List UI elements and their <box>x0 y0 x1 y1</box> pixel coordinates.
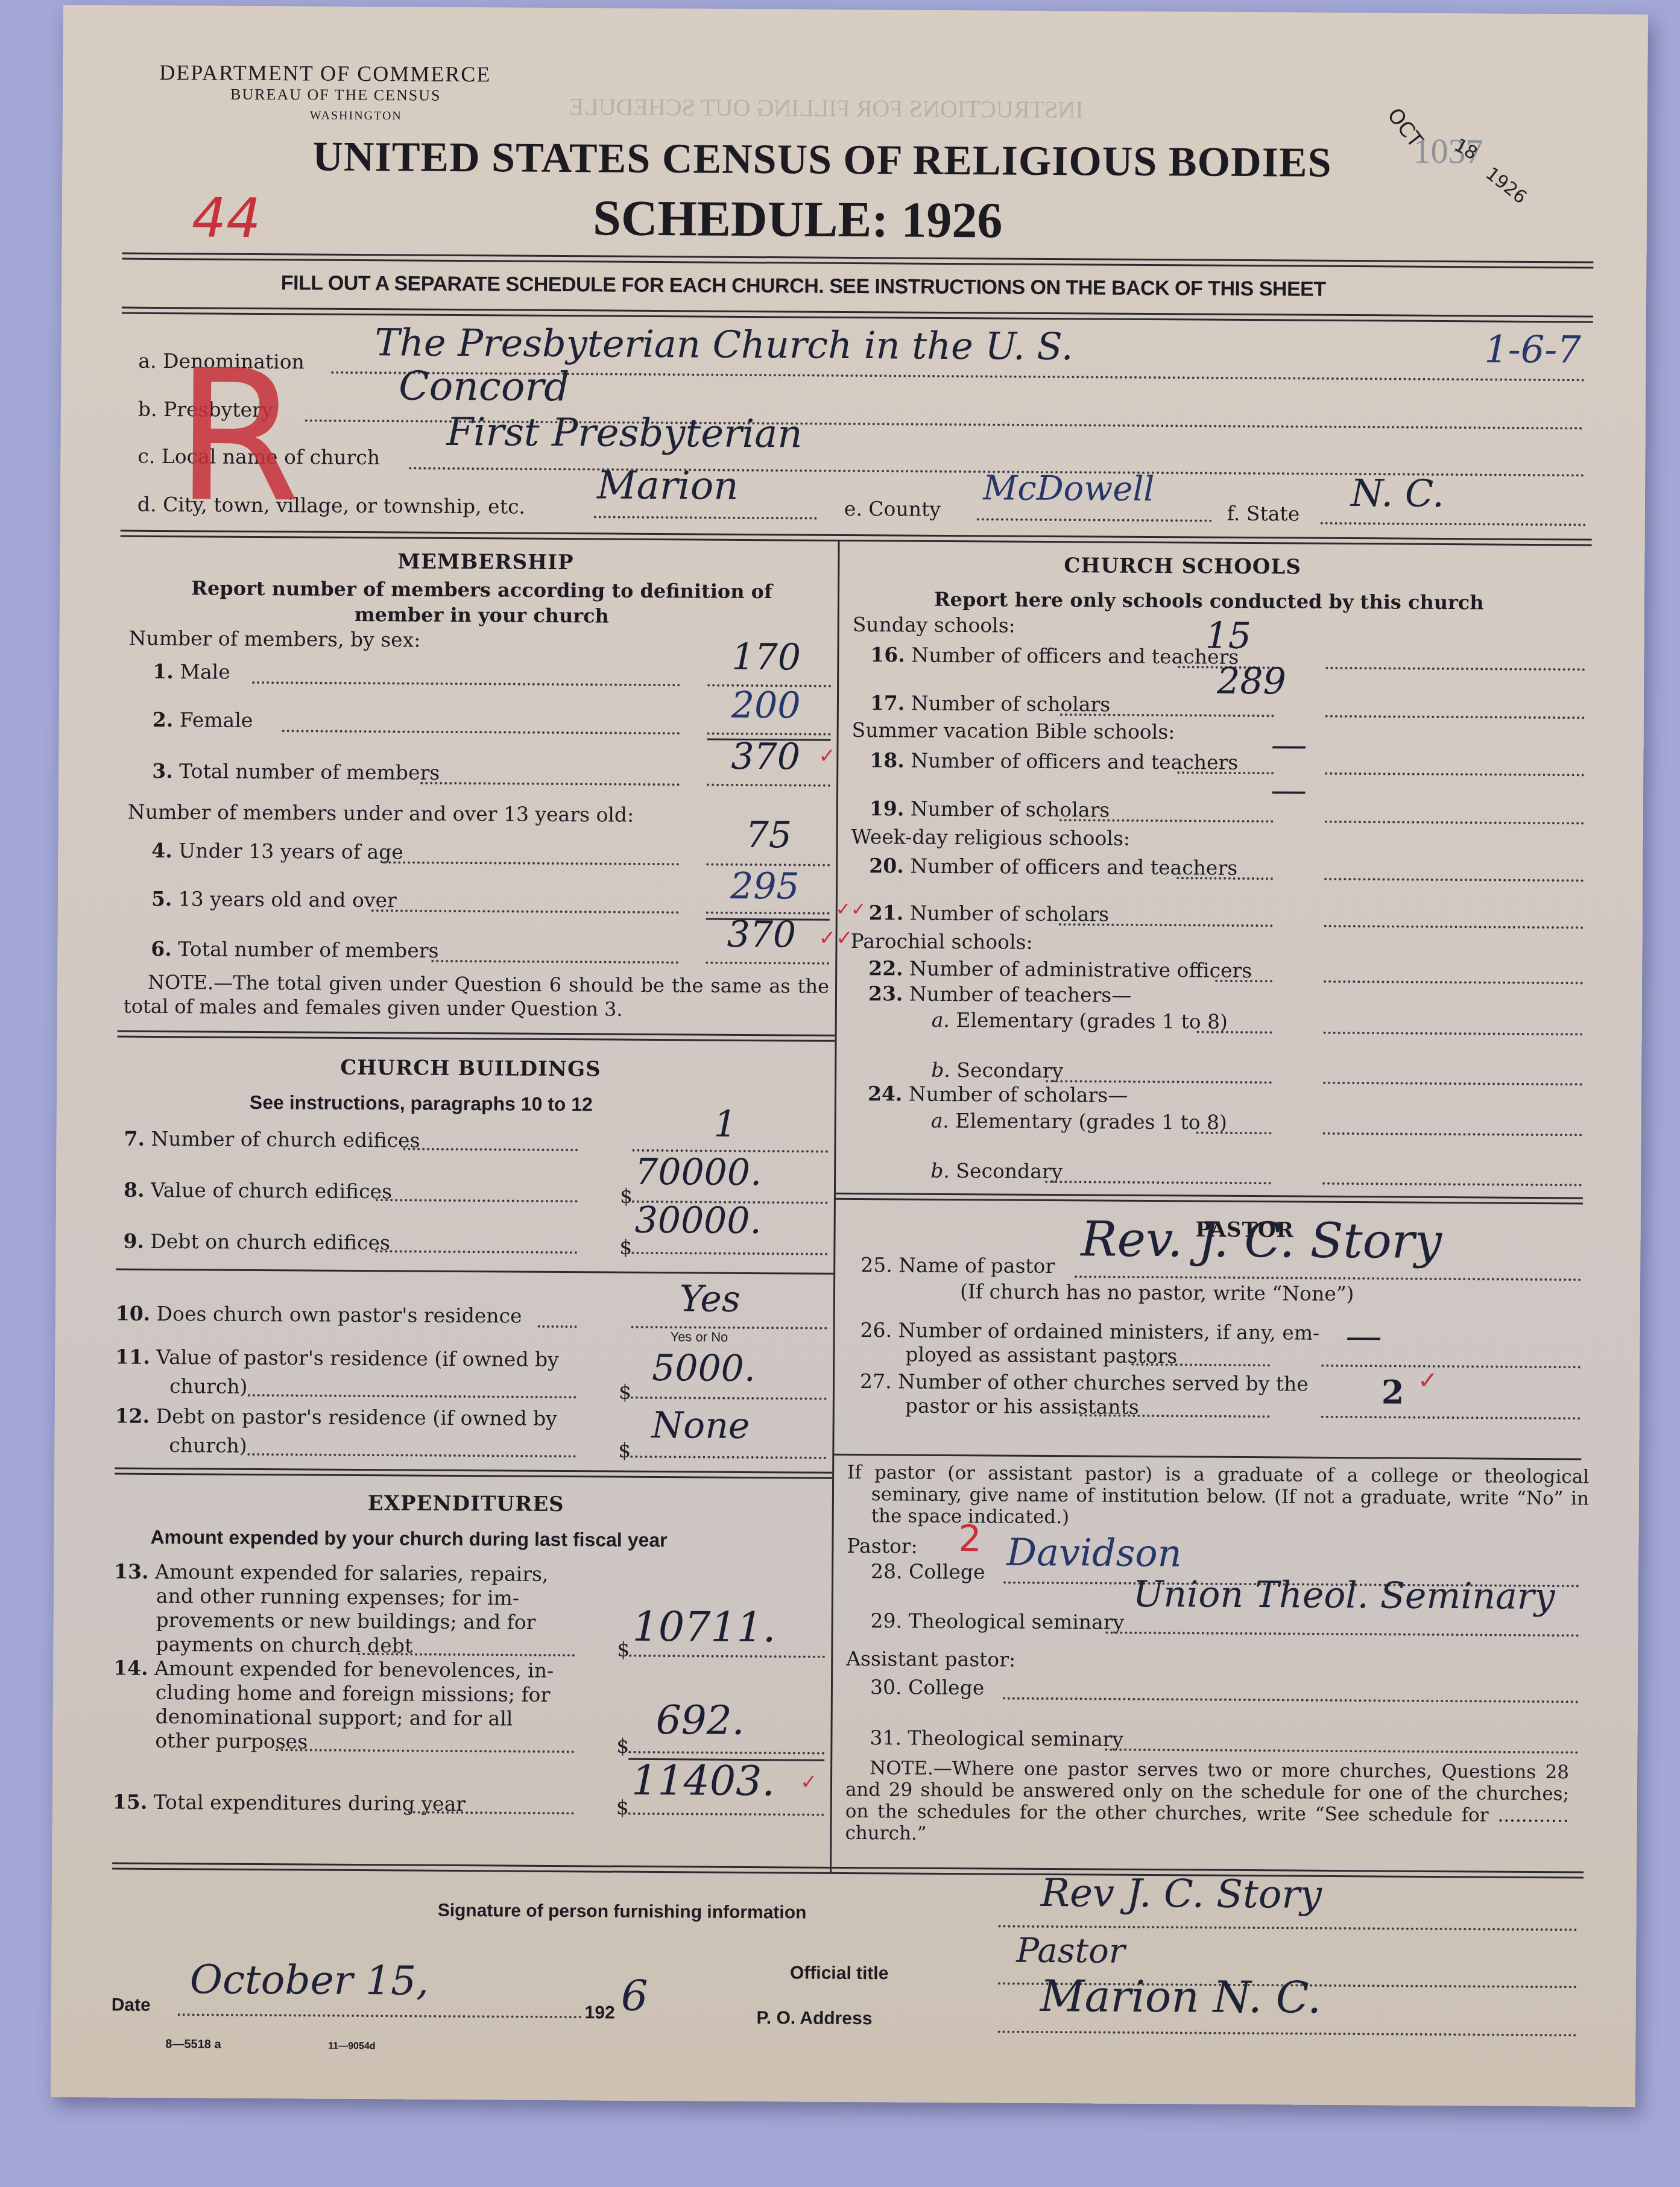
leader-line <box>1059 923 1273 927</box>
pastor-name-hint: (If church has no pastor, write “None”) <box>960 1280 1354 1305</box>
county-label: e. County <box>844 497 941 521</box>
assistant-college-field[interactable] <box>1003 1697 1579 1703</box>
answer-line <box>1321 1365 1581 1369</box>
item-label: Secondary <box>956 1058 1063 1082</box>
answer-line <box>1325 667 1585 671</box>
city-line <box>594 516 817 519</box>
edifices-debt-field[interactable]: 30000. <box>634 1199 761 1242</box>
item-number: 12. <box>115 1404 150 1428</box>
by-sex-label: Number of members, by sex: <box>128 626 420 652</box>
banner-bottom-rule <box>122 307 1593 323</box>
answer-line[interactable] <box>1323 1132 1582 1137</box>
pastor-item-30: 30. College <box>63 5 1648 14</box>
signature-line <box>999 1925 1577 1931</box>
answer-line <box>1325 772 1584 777</box>
item-number: 18. <box>870 748 905 772</box>
item-number: 9. <box>123 1229 144 1253</box>
yes-no-hint: Yes or No <box>670 1329 728 1345</box>
answer-line[interactable] <box>1322 1182 1582 1187</box>
item-number: 17. <box>870 691 905 715</box>
item-label: Elementary (grades 1 to 8) <box>956 1008 1228 1034</box>
answer-line <box>1325 715 1585 719</box>
leader-line <box>1060 713 1274 717</box>
female-count-field[interactable]: 200 <box>731 684 801 727</box>
item-number: 19. <box>870 797 905 820</box>
dollar-sign: $ <box>619 1236 632 1259</box>
school-item-23a: a. Elementary (grades 1 to 8) <box>63 5 1648 14</box>
red-reviewer-mark: R <box>175 331 302 542</box>
answer-line <box>629 1655 825 1658</box>
red-check-icon: ✓ <box>1418 1367 1438 1395</box>
item-number: 14. <box>113 1656 148 1680</box>
red-pastor-mark: 2 <box>958 1518 982 1560</box>
13-and-over-field[interactable]: 295 <box>730 865 800 908</box>
item-label: Number of scholars <box>911 692 1111 716</box>
membership-item-total: 3. Total number of members 370 ✓ <box>63 5 1648 14</box>
pastor-mid-rule <box>833 1454 1581 1460</box>
item-number: 3. <box>152 759 173 783</box>
item-label: Male <box>180 660 230 684</box>
answer-line <box>628 1813 824 1816</box>
leader-line <box>248 1394 576 1398</box>
leader-line <box>276 1749 574 1753</box>
pastor-item-31: 31. Theological seminary <box>63 5 1648 14</box>
college-label: 28. College <box>871 1559 985 1583</box>
blue-code-annotation: 1-6-7 <box>1484 327 1581 371</box>
buildings-mid-rule <box>116 1269 833 1275</box>
membership-rule <box>118 1030 835 1042</box>
bleedthrough-heading: INSTRUCTIONS FOR FILLING OUT SCHEDULE <box>569 92 1084 124</box>
item-label: Under 13 years of age <box>178 839 403 863</box>
po-address-line <box>997 2031 1576 2037</box>
buildings-item-owns-residence: 10. Does church own pastor's residence Y… <box>63 5 1648 14</box>
column-divider <box>830 540 840 1873</box>
item-letter: b. <box>931 1058 950 1082</box>
signature-field[interactable]: Rev J. C. Story <box>1041 1871 1322 1917</box>
item-number: 2. <box>153 708 174 731</box>
item-number: 13. <box>114 1560 149 1583</box>
item-label-cont: church) <box>169 1374 248 1398</box>
edifices-count-field[interactable]: 1 <box>713 1103 737 1146</box>
washington-label: WASHINGTON <box>310 109 402 124</box>
red-tally-mark: 44 <box>192 186 261 250</box>
leader-line <box>282 730 680 734</box>
leader-line <box>384 861 679 865</box>
item-label: Value of pastor's residence (if owned by <box>156 1345 559 1371</box>
red-check-icon: ✓ <box>818 744 836 768</box>
item-label-cont: church) <box>169 1433 247 1457</box>
leader-line <box>538 1325 577 1328</box>
section-rule <box>121 530 1592 546</box>
item-label: Debt on pastor's residence (if owned by <box>156 1404 557 1430</box>
item-number: 4. <box>151 839 172 862</box>
state-line <box>1321 522 1586 526</box>
school-item-23b: b. Secondary <box>63 5 1648 14</box>
banner-top-rule <box>122 253 1593 269</box>
county-line <box>977 518 1212 522</box>
buildings-item-value: 8. Value of church edifices $ 70000. <box>63 5 1648 14</box>
answer-line[interactable] <box>1324 925 1584 929</box>
membership-item-total-2: 6. Total number of members 370 ✓✓ <box>63 5 1648 14</box>
under-13-field[interactable]: 75 <box>745 814 792 856</box>
answer-line <box>628 1751 824 1755</box>
item-label: Number of teachers— <box>909 982 1132 1007</box>
school-item-20: 20. Number of officers and teachers <box>63 5 1648 14</box>
county-field[interactable]: McDowell <box>983 469 1155 509</box>
print-number: 11—9054d <box>328 2041 375 2052</box>
pastor-college-field[interactable]: Davidson <box>1006 1530 1182 1576</box>
item-number: 20. <box>869 854 904 877</box>
school-item-24b: b. Secondary <box>63 5 1648 14</box>
item-letter: b. <box>930 1159 950 1182</box>
item-letter: a. <box>931 1109 949 1132</box>
item-label: Total number of members <box>179 759 440 784</box>
school-item-18: 18. Number of officers and teachers — <box>63 5 1648 14</box>
leader-line <box>403 1147 578 1151</box>
pastor-item-26: 26. Number of ordained ministers, if any… <box>63 5 1648 14</box>
leader-line <box>1045 1181 1271 1184</box>
leader-line <box>376 1199 578 1202</box>
benevolences-field[interactable]: 692. <box>655 1697 744 1744</box>
item-number: 24. <box>868 1082 903 1105</box>
signature-label: Signature of person furnishing informati… <box>438 1901 807 1923</box>
item-label-cont: cluding home and foreign missions; for <box>156 1680 551 1706</box>
instruction-banner: FILL OUT A SEPARATE SCHEDULE FOR EACH CH… <box>62 270 1545 303</box>
state-field[interactable]: N. C. <box>1351 471 1444 516</box>
date-label: Date <box>112 1995 151 2016</box>
schools-rule <box>835 1193 1583 1205</box>
date-field[interactable]: October 15, <box>190 1956 429 2004</box>
membership-intro: Report number of members according to de… <box>180 575 783 630</box>
census-schedule-sheet: INSTRUCTIONS FOR FILLING OUT SCHEDULE DE… <box>51 5 1648 2107</box>
membership-heading: MEMBERSHIP <box>397 549 573 575</box>
leader-line <box>247 1453 576 1457</box>
form-title: UNITED STATES CENSUS OF RELIGIOUS BODIES <box>62 131 1582 189</box>
summer-schools-label: Summer vacation Bible schools: <box>852 718 1175 743</box>
official-title-label: Official title <box>790 1963 889 1984</box>
edifices-value-field[interactable]: 70000. <box>635 1151 762 1194</box>
pastor-item-27: 27. Number of other churches served by t… <box>63 5 1648 14</box>
item-label: Number of scholars <box>910 901 1110 926</box>
answer-line <box>1325 821 1584 825</box>
expenditure-item-running: 13. Amount expended for salaries, repair… <box>63 5 1648 14</box>
assistant-count-label: 26. Number of ordained ministers, if any… <box>860 1318 1319 1345</box>
answer-line[interactable] <box>1324 878 1584 882</box>
item-label-cont: and other running expenses; for im- <box>156 1584 519 1610</box>
item-number: 10. <box>116 1302 151 1325</box>
item-letter: a. <box>932 1008 950 1032</box>
item-label: Total number of members <box>178 937 438 962</box>
official-title-field[interactable]: Pastor <box>1016 1931 1125 1971</box>
item-label: Amount expended for benevolences, in- <box>154 1656 554 1682</box>
total-expenditures-field[interactable]: 11403. <box>631 1757 775 1805</box>
school-item-24: 24. Number of scholars— <box>868 1082 1128 1107</box>
buildings-item-debt: 9. Debt on church edifices $ 30000. <box>63 5 1648 14</box>
buildings-item-edifices: 7. Number of church edifices 1 <box>63 5 1648 14</box>
item-label: Does church own pastor's residence <box>157 1302 522 1328</box>
expenditure-item-benevolences: 14. Amount expended for benevolences, in… <box>63 5 1648 14</box>
presbytery-field[interactable]: Concord <box>399 362 570 410</box>
item-label: Value of church edifices <box>151 1178 392 1203</box>
buildings-item-residence-debt: 12. Debt on pastor's residence (if owned… <box>63 5 1648 14</box>
leader-line <box>431 960 678 964</box>
other-churches-field[interactable]: 2 <box>1382 1372 1404 1411</box>
expenditures-heading: EXPENDITURES <box>368 1491 564 1516</box>
membership-item-male: 1. Male 170 <box>63 5 1648 14</box>
buildings-heading: CHURCH BUILDINGS <box>340 1056 601 1082</box>
answer-line <box>706 962 829 965</box>
school-item-21: 21. Number of scholars ✓✓ <box>63 5 1648 14</box>
item-number: 7. <box>124 1127 145 1150</box>
leader-line <box>1197 1031 1272 1034</box>
buildings-item-residence-value: 11. Value of pastor's residence (if owne… <box>63 5 1648 14</box>
membership-item-under13: 4. Under 13 years of age 75 <box>63 5 1648 14</box>
school-item-22: 22. Number of administrative officers <box>63 5 1648 14</box>
weekday-schools-label: Week-day religious schools: <box>851 825 1130 850</box>
answer-line[interactable] <box>1324 980 1583 985</box>
by-age-label: Number of members under and over 13 year… <box>128 800 634 827</box>
sunday-officers-field[interactable]: 15 <box>1205 615 1251 657</box>
item-label: Number of officers and teachers <box>911 643 1239 669</box>
department-name: DEPARTMENT OF COMMERCE <box>159 60 491 87</box>
schools-intro: Report here only schools conducted by th… <box>934 588 1484 614</box>
item-label: 13 years old and over <box>178 887 397 912</box>
leader-line <box>1215 980 1272 983</box>
po-address-field[interactable]: Marion N. C. <box>1040 1971 1322 2023</box>
assistant-seminary-field[interactable] <box>1105 1749 1578 1754</box>
pastor-name-field[interactable]: Rev. J. C. Story <box>1081 1211 1442 1269</box>
pastor-item-28: 28. College Davidson <box>63 5 1648 14</box>
school-item-19: 19. Number of scholars — <box>63 5 1648 14</box>
dollar-sign: $ <box>616 1734 629 1758</box>
expenditure-item-total: 15. Total expenditures during year $ 114… <box>63 5 1648 14</box>
total-members-2-field[interactable]: 370 <box>727 914 796 956</box>
pastor-note: NOTE.—Where one pastor serves two or mor… <box>845 1757 1569 1848</box>
male-count-field[interactable]: 170 <box>731 636 801 679</box>
leader-line <box>371 909 679 914</box>
bureau-name: BUREAU OF THE CENSUS <box>230 86 441 105</box>
local-name-field[interactable]: First Presbyterian <box>446 410 802 457</box>
school-item-16: 16. Number of officers and teachers 15 <box>63 5 1648 14</box>
answer-line <box>1321 1416 1581 1420</box>
pastor-item-25: 25. Name of pastor Rev. J. C. Story (If … <box>63 5 1648 14</box>
red-check-icon: ✓ <box>800 1770 818 1794</box>
item-number: 21. <box>869 901 904 924</box>
schools-heading: CHURCH SCHOOLS <box>1064 554 1301 579</box>
item-number: 22. <box>868 956 903 980</box>
item-label-cont: denominational support; and for all <box>156 1705 513 1731</box>
item-number: 16. <box>870 643 905 666</box>
expenditures-intro: Amount expended by your church during la… <box>150 1526 667 1551</box>
answer-line <box>631 1326 827 1330</box>
year-digit-field[interactable]: 6 <box>621 1971 648 2021</box>
date-line <box>178 2013 582 2018</box>
leader-line <box>375 1250 577 1254</box>
dollar-sign: $ <box>618 1439 631 1462</box>
pastor-subheading: Pastor: <box>847 1534 918 1558</box>
item-number: 1. <box>153 660 174 683</box>
assistant-college-label: 30. College <box>870 1675 985 1699</box>
residence-debt-field[interactable]: None <box>651 1404 750 1447</box>
item-label: Debt on church edifices <box>150 1229 390 1254</box>
year-prefix: 192 <box>585 2002 615 2023</box>
membership-item-female: 2. Female 200 <box>63 5 1648 14</box>
summer-scholars-field[interactable]: — <box>1271 769 1307 811</box>
item-number: 8. <box>124 1178 145 1202</box>
answer-line <box>1106 1632 1579 1637</box>
answer-line <box>707 784 830 787</box>
item-label: Female <box>180 708 253 732</box>
item-number: 11. <box>115 1345 150 1369</box>
assistant-count-field[interactable]: — <box>1345 1315 1382 1357</box>
dollar-sign: $ <box>617 1638 630 1661</box>
answer-line <box>631 1252 827 1255</box>
item-number: 5. <box>151 887 172 910</box>
school-item-17: 17. Number of scholars 289 <box>63 5 1648 14</box>
pastor-seminary-field[interactable]: Union Theol. Seminary <box>1133 1573 1555 1618</box>
item-label: Number of scholars— <box>909 1082 1128 1107</box>
answer-line <box>707 733 831 736</box>
item-number: 23. <box>868 982 903 1005</box>
sunday-scholars-field[interactable]: 289 <box>1217 660 1286 703</box>
footer-rule <box>112 1863 1584 1879</box>
assistant-pastor-subheading: Assistant pastor: <box>846 1647 1015 1671</box>
pastor-name-label: 25. Name of pastor <box>861 1253 1055 1278</box>
leader-line <box>1176 877 1273 880</box>
owns-residence-field[interactable]: Yes <box>680 1278 741 1321</box>
other-churches-label: 27. Number of other churches served by t… <box>860 1369 1309 1396</box>
sunday-schools-label: Sunday schools: <box>853 613 1015 637</box>
assistant-seminary-label: 31. Theological seminary <box>870 1726 1123 1751</box>
answer-line <box>630 1456 826 1459</box>
item-label: Amount expended for salaries, repairs, <box>155 1560 549 1586</box>
running-expenses-field[interactable]: 10711. <box>632 1603 775 1652</box>
dollar-sign: $ <box>619 1380 631 1404</box>
answer-line <box>1075 1275 1581 1281</box>
item-label: Elementary (grades 1 to 8) <box>955 1109 1227 1134</box>
leader-line <box>252 681 680 686</box>
leader-line <box>1059 819 1274 822</box>
city-field[interactable]: Marion <box>597 463 739 508</box>
dollar-sign: $ <box>620 1184 633 1208</box>
item-label: Number of administrative officers <box>909 957 1252 982</box>
po-address-label: P. O. Address <box>757 2008 873 2029</box>
parochial-schools-label: Parochial schools: <box>850 929 1032 954</box>
schedule-year: SCHEDULE: 1926 <box>62 186 1534 253</box>
item-label: Number of officers and teachers <box>910 854 1237 880</box>
denomination-field[interactable]: The Presbyterian Church in the U. S. <box>374 320 1073 368</box>
item-label: Number of scholars <box>911 797 1110 822</box>
buildings-intro: See instructions, paragraphs 10 to 12 <box>250 1091 593 1116</box>
buildings-rule <box>115 1468 832 1479</box>
summer-officers-field[interactable]: — <box>1271 724 1307 766</box>
membership-item-13-and-over: 5. 13 years old and over 295 <box>63 5 1648 14</box>
answer-line[interactable] <box>1323 1082 1582 1086</box>
item-number: 15. <box>113 1790 148 1814</box>
leader-line <box>420 782 680 786</box>
form-number: 8—5518 a <box>165 2037 221 2052</box>
answer-line[interactable] <box>1324 1032 1583 1036</box>
seminary-label: 29. Theological seminary <box>871 1609 1125 1634</box>
school-item-23: 23. Number of teachers— <box>868 982 1132 1007</box>
dollar-sign: $ <box>616 1796 629 1819</box>
school-item-24a: a. Elementary (grades 1 to 8) <box>63 5 1648 14</box>
answer-line <box>631 1396 827 1400</box>
item-label: Number of officers and teachers <box>911 749 1238 774</box>
item-label: Number of church edifices <box>151 1127 420 1152</box>
red-check-icon: ✓✓ <box>818 926 853 950</box>
total-members-field[interactable]: 370 <box>731 736 800 778</box>
item-label: Secondary <box>956 1159 1063 1183</box>
red-check-icon: ✓✓ <box>836 899 866 920</box>
item-label-cont: provements or new buildings; and for <box>156 1608 536 1634</box>
leader-line <box>1177 771 1274 774</box>
leader-line <box>1196 1132 1272 1135</box>
pastor-item-29: 29. Theological seminary Union Theol. Se… <box>63 5 1648 14</box>
item-number: 6. <box>151 937 172 961</box>
state-label: f. State <box>1227 502 1300 526</box>
membership-note: NOTE.—The total given under Question 6 s… <box>124 970 829 1023</box>
residence-value-field[interactable]: 5000. <box>652 1347 756 1390</box>
